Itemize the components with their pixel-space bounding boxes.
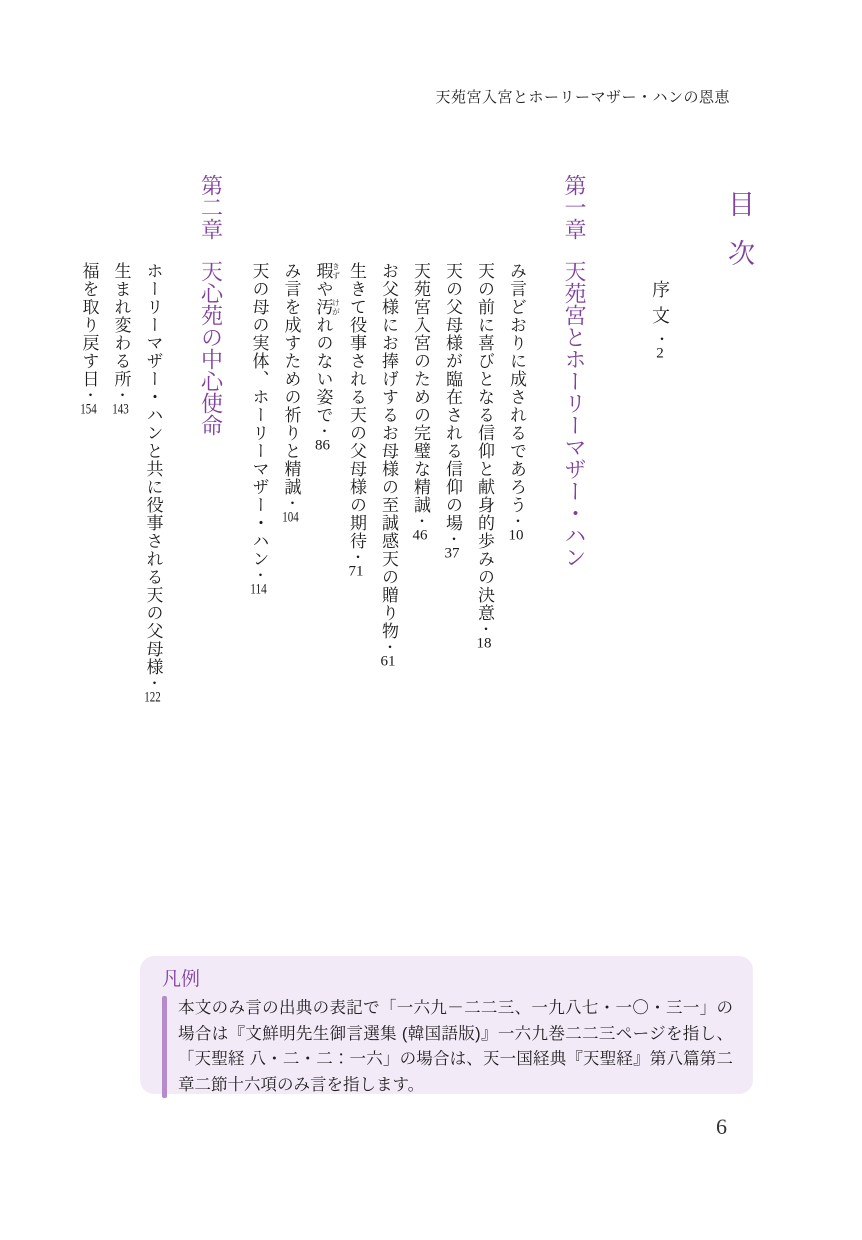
toc-entry-separator: ・	[146, 676, 161, 690]
legend-accent-bar	[162, 996, 167, 1098]
chapter-2-entries: ホーリーマザー・ハンと共に役事される天の父母様・122生まれ変わる所・143福を…	[73, 168, 169, 813]
toc-entry-separator: ・	[381, 640, 396, 654]
toc-entry-page: 10	[508, 528, 524, 543]
toc-entry-separator: ・	[477, 622, 492, 636]
toc-entry: 生きて役事される天の父母様の期待・71	[340, 168, 372, 813]
toc-preface-page: 2	[652, 346, 668, 361]
toc-entry: 天の母の実体、ホーリーマザー・ハン・114	[243, 168, 275, 813]
chapter-1-entries: み言どおりに成されるであろう・10天の前に喜びとなる信仰と献身的歩みの決意・18…	[243, 168, 533, 813]
toc-entry-separator: ・	[284, 496, 299, 510]
running-header: 天苑宮入宮とホーリーマザー・ハンの恩恵	[0, 86, 730, 107]
legend-box: 凡例 本文のみ言の出典の表記で「一六九－二二三、一九八七・一〇・三一」の場合は『…	[140, 956, 753, 1094]
toc-entry: 生まれ変わる所・143	[105, 168, 137, 813]
toc-entry-page: 154	[81, 402, 97, 417]
book-page: 天苑宮入宮とホーリーマザー・ハンの恩恵 目次 序文・2 第一章天苑宮とホーリーマ…	[0, 0, 862, 1240]
toc-entry-page: 104	[283, 510, 299, 525]
toc-entry-label: 天の父母様が臨在される信仰の場	[443, 262, 462, 532]
toc-entry-label: 福を取り戻す日	[80, 262, 99, 388]
toc-entry-separator: ・	[82, 388, 97, 402]
toc-entry-separator: ・	[445, 532, 460, 546]
toc: 目次 序文・2 第一章天苑宮とホーリーマザー・ハン み言どおりに成されるであろう…	[61, 168, 755, 813]
toc-entry-label: 天苑宮入宮のための完璧な精誠	[411, 262, 430, 514]
toc-entry-separator: ・	[114, 388, 129, 402]
toc-entry-separator: ・	[509, 514, 524, 528]
toc-entry-page: 122	[145, 690, 161, 705]
toc-entry: 天の父母様が臨在される信仰の場・37	[436, 168, 468, 813]
toc-entry: み言どおりに成されるであろう・10	[500, 168, 532, 813]
chapter-1-heading: 第一章天苑宮とホーリーマザー・ハン	[554, 168, 594, 813]
toc-entry-page: 37	[444, 546, 460, 561]
toc-entry: お父様にお捧げするお母様の至誠感天の贈り物・61	[372, 168, 404, 813]
toc-entry-separator: ・	[349, 550, 364, 564]
legend-text: 本文のみ言の出典の表記で「一六九－二二三、一九八七・一〇・三一」の場合は『文鮮明…	[178, 996, 733, 1098]
page-number: 6	[716, 1114, 727, 1140]
toc-entry-page: 61	[380, 654, 396, 669]
toc-preface: 序文・2	[650, 168, 670, 813]
chapter-1-number: 第一章	[562, 174, 587, 240]
toc-entry-label: み言どおりに成されるであろう	[507, 262, 526, 514]
toc-entry-page: 71	[348, 564, 364, 579]
toc-entry-label: ホーリーマザー・ハンと共に役事される天の父母様	[144, 262, 163, 676]
legend-title: 凡例	[162, 964, 733, 991]
chapter-1-title: 天苑宮とホーリーマザー・ハン	[562, 260, 587, 568]
toc-entry-separator: ・	[316, 424, 331, 438]
chapter-2-number: 第二章	[199, 174, 224, 240]
toc-entry-label: 天の前に喜びとなる信仰と献身的歩みの決意	[475, 262, 494, 622]
toc-preface-separator: ・	[653, 332, 668, 346]
chapter-1: 第一章天苑宮とホーリーマザー・ハン み言どおりに成されるであろう・10天の前に喜…	[243, 168, 595, 813]
toc-entry-separator: ・	[413, 514, 428, 528]
toc-entry-page: 143	[113, 402, 129, 417]
toc-entry-label: お父様にお捧げするお母様の至誠感天の贈り物	[379, 262, 398, 640]
toc-preface-label: 序文	[650, 280, 670, 332]
chapter-2: 第二章天心苑の中心使命 ホーリーマザー・ハンと共に役事される天の父母様・122生…	[73, 168, 231, 813]
chapter-2-heading: 第二章天心苑の中心使命	[191, 168, 231, 813]
toc-entry-label: み言を成すための祈りと精誠	[282, 262, 301, 496]
chapter-2-title: 天心苑の中心使命	[199, 260, 224, 436]
legend-body: 本文のみ言の出典の表記で「一六九－二二三、一九八七・一〇・三一」の場合は『文鮮明…	[162, 996, 733, 1098]
toc-entry-label: 天の母の実体、ホーリーマザー・ハン	[250, 262, 269, 568]
toc-entry-separator: ・	[252, 568, 267, 582]
toc-entry-page: 18	[476, 636, 492, 651]
toc-entry: 天の前に喜びとなる信仰と献身的歩みの決意・18	[468, 168, 500, 813]
toc-entry-page: 114	[251, 582, 267, 597]
toc-entry: み言を成すための祈りと精誠・104	[275, 168, 307, 813]
toc-entry: 福を取り戻す日・154	[73, 168, 105, 813]
toc-entry-label: 瑕きずや汚けがれのない姿で	[314, 262, 333, 424]
toc-entry-label: 生きて役事される天の父母様の期待	[347, 262, 366, 550]
toc-entry: 天苑宮入宮のための完璧な精誠・46	[404, 168, 436, 813]
toc-entry-label: 生まれ変わる所	[112, 262, 131, 388]
toc-entry-page: 86	[315, 438, 331, 453]
toc-title: 目次	[724, 168, 754, 813]
toc-entry-page: 46	[412, 528, 428, 543]
toc-entry: ホーリーマザー・ハンと共に役事される天の父母様・122	[137, 168, 169, 813]
toc-entry: 瑕きずや汚けがれのない姿で・86	[307, 168, 341, 813]
